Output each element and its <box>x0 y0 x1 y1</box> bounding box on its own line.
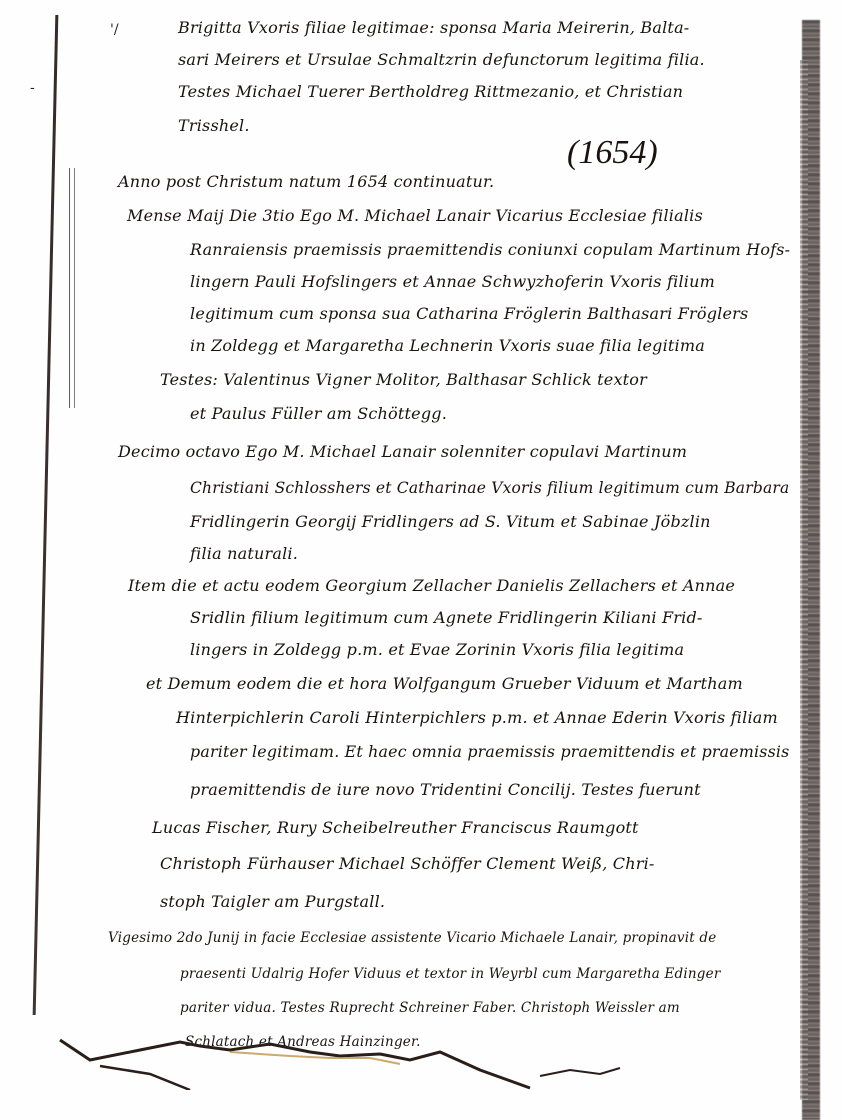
handwritten-line: Trisshel. <box>178 116 250 135</box>
margin-mark: - <box>30 80 35 96</box>
handwritten-line: Testes Michael Tuerer Bertholdreg Rittme… <box>178 82 683 101</box>
year-annotation: (1654) <box>567 134 658 172</box>
handwritten-line: legitimum cum sponsa sua Catharina Frögl… <box>190 304 748 323</box>
handwritten-line: Christoph Fürhauser Michael Schöffer Cle… <box>160 854 655 873</box>
handwritten-line: Vigesimo 2do Junij in facie Ecclesiae as… <box>108 930 716 946</box>
register-page: '/ - (1654) Brigitta Vxoris filiae legit… <box>0 0 842 1120</box>
handwritten-line: Sridlin filium legitimum cum Agnete Frid… <box>190 608 703 627</box>
handwritten-line: praesenti Udalrig Hofer Viduus et textor… <box>180 966 720 982</box>
left-margin-rule <box>33 15 59 1015</box>
page-binding-shadow <box>800 60 808 1100</box>
margin-double-line <box>69 168 75 408</box>
handwritten-line: praemittendis de iure novo Tridentini Co… <box>190 780 701 799</box>
handwritten-line: sari Meirers et Ursulae Schmaltzrin defu… <box>178 50 705 69</box>
handwritten-line: Ranraiensis praemissis praemittendis con… <box>190 240 790 259</box>
handwritten-line: Anno post Christum natum 1654 continuatu… <box>118 172 494 191</box>
handwritten-line: lingern Pauli Hofslingers et Annae Schwy… <box>190 272 715 291</box>
handwritten-line: et Paulus Füller am Schöttegg. <box>190 404 447 423</box>
handwritten-line: stoph Taigler am Purgstall. <box>160 892 385 911</box>
handwritten-line: lingers in Zoldegg p.m. et Evae Zorinin … <box>190 640 684 659</box>
handwritten-line: pariter vidua. Testes Ruprecht Schreiner… <box>180 1000 680 1016</box>
handwritten-line: Brigitta Vxoris filiae legitimae: sponsa… <box>178 18 689 37</box>
handwritten-line: Fridlingerin Georgij Fridlingers ad S. V… <box>190 512 711 531</box>
handwritten-line: Christiani Schlosshers et Catharinae Vxo… <box>190 478 789 497</box>
handwritten-line: Testes: Valentinus Vigner Molitor, Balth… <box>160 370 647 389</box>
handwritten-line: filia naturali. <box>190 544 298 563</box>
handwritten-line: Mense Maij Die 3tio Ego M. Michael Lanai… <box>127 206 703 225</box>
handwritten-line: in Zoldegg et Margaretha Lechnerin Vxori… <box>190 336 705 355</box>
handwritten-line: et Demum eodem die et hora Wolfgangum Gr… <box>146 674 743 693</box>
handwritten-line: Lucas Fischer, Rury Scheibelreuther Fran… <box>152 818 639 837</box>
handwritten-line: Item die et actu eodem Georgium Zellache… <box>128 576 735 595</box>
handwritten-line: Decimo octavo Ego M. Michael Lanair sole… <box>118 442 687 461</box>
handwritten-line: pariter legitimam. Et haec omnia praemis… <box>190 742 789 761</box>
torn-paper-edge <box>30 1030 650 1090</box>
handwritten-line: Hinterpichlerin Caroli Hinterpichlers p.… <box>176 708 778 727</box>
margin-mark: '/ <box>110 22 119 38</box>
